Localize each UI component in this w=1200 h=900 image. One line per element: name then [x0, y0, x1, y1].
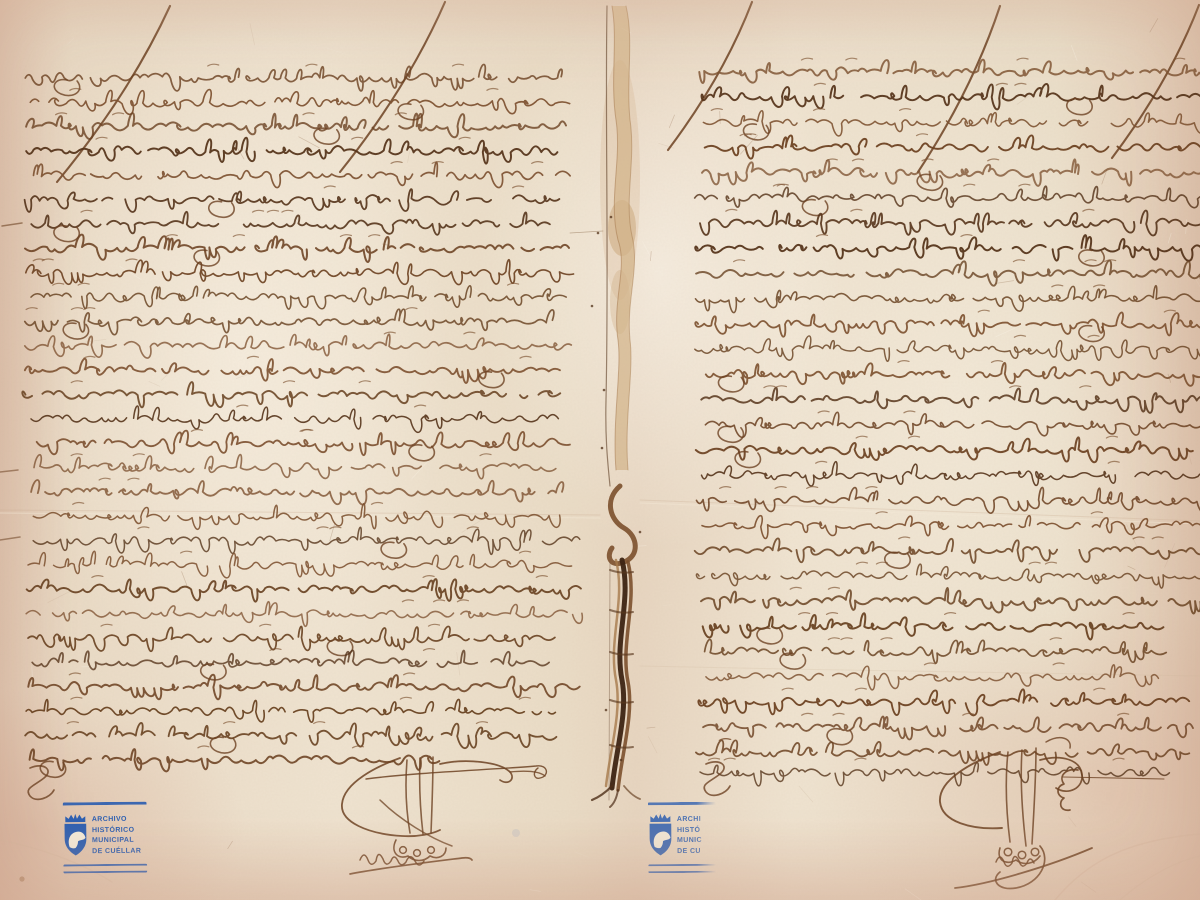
archive-stamp-left: ARCHIVO HISTÓRICO MUNICIPAL DE CUÉLLAR [63, 802, 150, 874]
stamp-text-line: HISTÓRICO [92, 825, 141, 836]
manuscript-artwork [0, 0, 1200, 900]
stamp-rule-bottom [648, 864, 716, 874]
stamp-text-line: HISTÓ [677, 825, 702, 836]
stamp-text-line: ARCHI [677, 815, 702, 826]
cuellar-shield-icon [63, 813, 88, 859]
archive-stamp-right: ARCHI HISTÓ MUNIC DE CU [648, 802, 716, 873]
paper-grain-overlay [0, 0, 1200, 900]
manuscript-photo: ARCHIVO HISTÓRICO MUNICIPAL DE CUÉLLAR A… [0, 0, 1200, 900]
stamp-text-line: MUNIC [677, 836, 702, 847]
cuellar-shield-icon [648, 813, 673, 859]
stamp-text-line: ARCHIVO [92, 815, 141, 826]
stamp-text-line: DE CU [677, 846, 702, 857]
stamp-rule-top [648, 802, 716, 808]
stamp-rule-bottom [63, 864, 147, 874]
stamp-text-line: MUNICIPAL [92, 836, 141, 847]
stamp-rule-top [63, 802, 147, 809]
stamp-text-line: DE CUÉLLAR [92, 846, 141, 857]
